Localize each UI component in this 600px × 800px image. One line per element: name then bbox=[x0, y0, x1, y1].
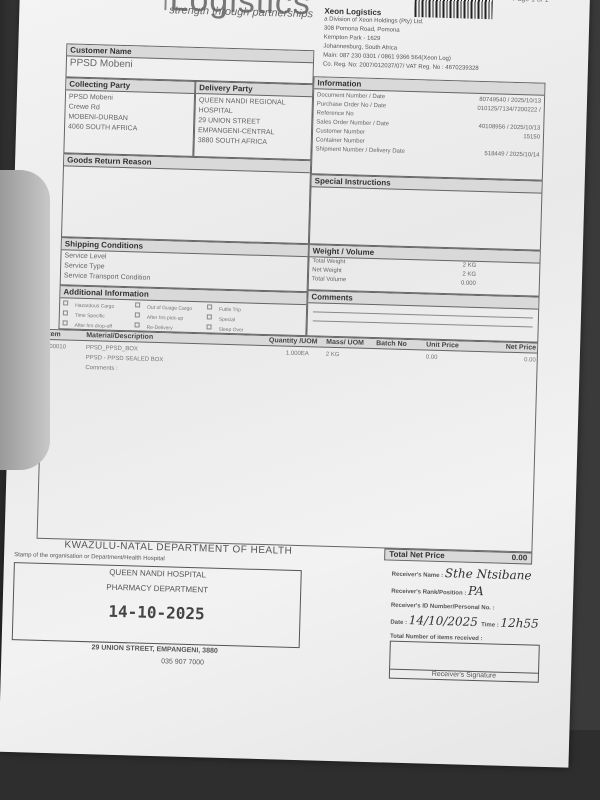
receiver-rank: PA bbox=[468, 584, 484, 598]
checkbox[interactable] bbox=[135, 302, 140, 307]
items-table: ItemMaterial/Description Quantity /UOM M… bbox=[37, 329, 539, 553]
signature-box: Receiver's Signature bbox=[389, 641, 540, 683]
special-instructions-section: Special Instructions bbox=[309, 174, 543, 250]
delivery-party-section: Delivery Party QUEEN NANDI REGIONAL HOSP… bbox=[193, 81, 313, 160]
delivery-note: Logistics strength through partnerships … bbox=[0, 0, 590, 768]
stamp-hospital: QUEEN NANDI HOSPITAL bbox=[15, 565, 301, 582]
stamp-address: 29 UNION STREET, EMPANGENI, 3880 bbox=[91, 644, 217, 655]
stamp-box: QUEEN NANDI HOSPITAL PHARMACY DEPARTMENT… bbox=[12, 562, 302, 648]
checkbox[interactable] bbox=[63, 320, 68, 325]
stamp-label: Stamp of the organisation or Department/… bbox=[14, 552, 165, 562]
stamp-date: 14-10-2025 bbox=[13, 599, 299, 626]
comments-section: Comments bbox=[306, 290, 539, 342]
checkbox[interactable] bbox=[135, 312, 140, 317]
weight-volume-section: Weight / Volume Total Weight2 KG Net Wei… bbox=[308, 244, 541, 296]
checkbox[interactable] bbox=[63, 310, 68, 315]
thumb bbox=[0, 170, 50, 470]
comment-line bbox=[313, 320, 533, 327]
checkbox[interactable] bbox=[207, 314, 212, 319]
receiver-date: 14/10/2025 bbox=[409, 613, 479, 629]
logo-divider bbox=[164, 0, 167, 10]
delivery-line: 3880 SOUTH AFRICA bbox=[198, 136, 308, 149]
collecting-line: 4060 SOUTH AFRICA bbox=[68, 122, 190, 135]
receiver-time: 12h55 bbox=[500, 616, 539, 631]
information-section: Information Document Number / Date807495… bbox=[311, 76, 546, 180]
collecting-party-section: Collecting Party PPSD Mobeni Crewe Rd MO… bbox=[63, 77, 195, 157]
page-number: Page 1 of 1 bbox=[513, 0, 549, 4]
stamp-phone: 035 907 7000 bbox=[161, 658, 204, 666]
goods-return-section: Goods Return Reason bbox=[61, 153, 311, 244]
additional-information-section: Additional Information Hazardous Cargo O… bbox=[58, 285, 307, 336]
checkbox[interactable] bbox=[63, 300, 68, 305]
checkbox[interactable] bbox=[135, 322, 140, 327]
receiver-name: Sthe Ntsibane bbox=[445, 566, 532, 582]
barcode bbox=[414, 0, 493, 19]
comment-line bbox=[313, 311, 533, 318]
signature-label: Receiver's Signature bbox=[390, 669, 538, 681]
shipping-conditions-section: Shipping Conditions Service Level Servic… bbox=[60, 237, 309, 292]
stamp-pharmacy: PHARMACY DEPARTMENT bbox=[14, 580, 300, 597]
checkbox[interactable] bbox=[206, 324, 211, 329]
receiver-section: Receiver's Name : Sthe Ntsibane Receiver… bbox=[390, 565, 552, 648]
checkbox[interactable] bbox=[207, 304, 212, 309]
